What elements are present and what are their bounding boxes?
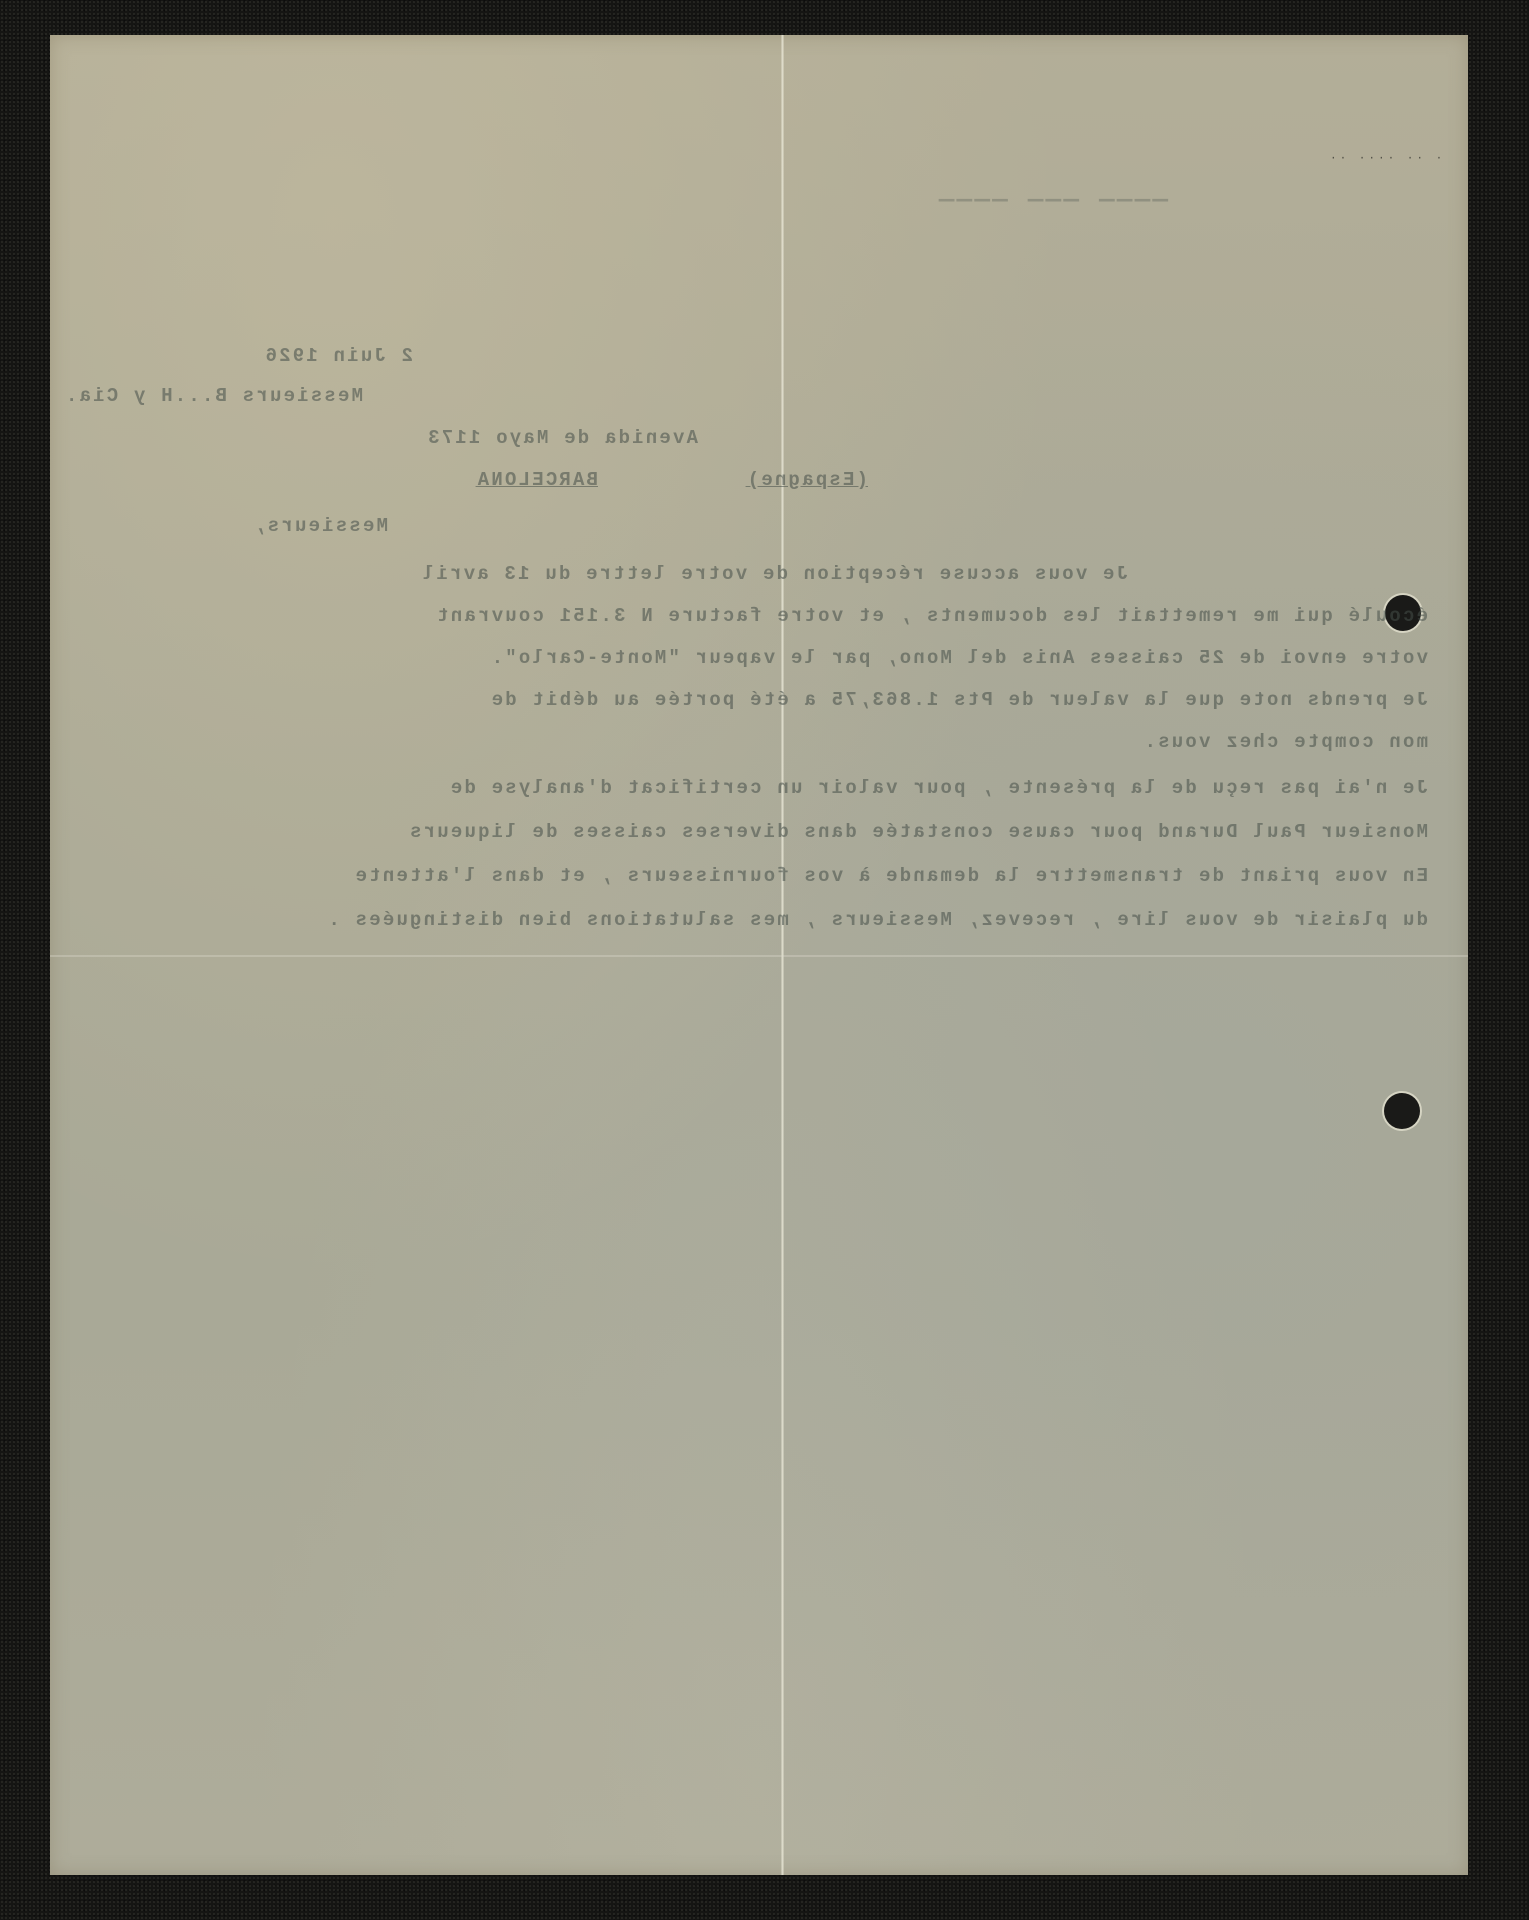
closing-line: Monsieur Paul Durand pour cause constaté…	[408, 821, 1428, 843]
recipient-name: Messieurs B...H y Cia.	[64, 385, 363, 407]
recipient-address: Avenida de Mayo 1173	[426, 427, 698, 449]
recipient-country: (Espagne)	[746, 469, 868, 491]
body-line: mon compte chez vous.	[1142, 731, 1428, 753]
salutation: Messieurs,	[252, 515, 388, 537]
mirrored-text-layer: ———— ——— ———— 2 Juin 1926 Messieurs B...…	[50, 35, 1468, 1875]
document-page: · ·· ···· ·· ———— ——— ———— 2 Juin 1926 M…	[50, 35, 1468, 1875]
body-line: écoulé qui me remettait les documents , …	[435, 605, 1428, 627]
letterhead-faint: ———— ——— ————	[937, 185, 1168, 215]
letter-date: 2 Juin 1926	[263, 345, 413, 367]
closing-line: du plaisir de vous lire , recevez, Messi…	[326, 909, 1428, 931]
closing-line: Je n'ai pas reçu de la présente , pour v…	[449, 777, 1428, 799]
body-line: Je vous accuse réception de votre lettre…	[421, 563, 1128, 585]
body-line: Je prends note que la valeur de Pts 1.86…	[489, 689, 1428, 711]
closing-line: En vous priant de transmettre la demande…	[353, 865, 1428, 887]
body-line: votre envoi de 25 caisses Anis del Mono,…	[489, 647, 1428, 669]
recipient-city: BARCELONA	[476, 469, 598, 491]
